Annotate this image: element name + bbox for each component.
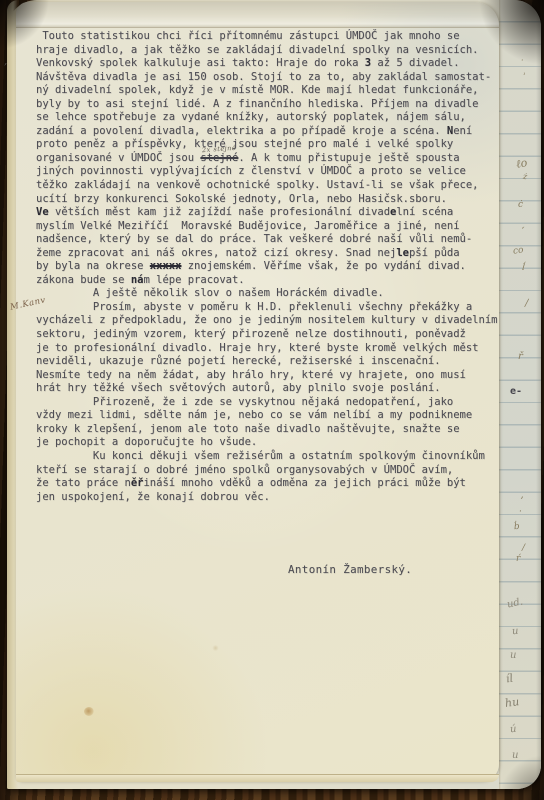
typed-line: těžko zakládají na venkově ochotnické sp… — [36, 179, 522, 193]
typed-line: Návštěva divadla je asi 150 osob. Stojí … — [36, 71, 522, 85]
scanned-photo: Touto statistikou chci říci přítomnému z… — [0, 0, 544, 800]
typed-line: Touto statistikou chci říci přítomnému z… — [36, 30, 522, 44]
typed-line: jen uspokojení, že konají dobrou věc. — [36, 491, 522, 505]
typed-line: byly by to asi stejní lidé. A z finanční… — [36, 98, 522, 112]
typed-line: A ještě několik slov o našem Horáckém di… — [36, 287, 522, 301]
typed-line: Přirozeně, že i zde se vyskytnou nějaká … — [36, 396, 522, 410]
typed-line: žeme zpracovat ani náš okres, natož cizí… — [36, 247, 522, 261]
typed-line: kroky k zlepšení, jenom ale toto naše di… — [36, 423, 522, 437]
paper-stain — [212, 645, 219, 651]
typed-line: že tato práce něřináší mnoho vděků a odm… — [36, 477, 522, 491]
typed-line: je pochopit a doporučujte ho všude. — [36, 436, 522, 450]
typed-sheet: Touto statistikou chci říci přítomnému z… — [16, 2, 499, 782]
typed-line: myslím Velké Meziříčí Moravské Budějovic… — [36, 220, 522, 234]
typed-line: zákona bude se nám lépe pracovat. — [36, 274, 522, 288]
typed-line: kteří se starají o dobré jméno spolků or… — [36, 464, 522, 478]
typed-line: ný divadelní spolek, když je v místě MOR… — [36, 84, 522, 98]
sheet-bottom-edge — [16, 774, 499, 782]
typed-line: vycházeli z předpokladu, že ono je jedin… — [36, 314, 522, 328]
typed-line: vždy mezi lidmi, sdělte nám je, nebo co … — [36, 409, 522, 423]
paper-stain — [84, 707, 94, 716]
typed-line: Venkovský spolek kalkuluje asi takto: Hr… — [36, 57, 522, 71]
typed-line: Ve větších měst kam již zajíždí naše pro… — [36, 206, 522, 220]
typed-line: je to profesionální divadlo. Hraje hry, … — [36, 342, 522, 356]
notebook-page: Touto statistikou chci říci přítomnému z… — [7, 0, 541, 789]
typed-line: ucítí brzy konkurenci Sokolské jednoty, … — [36, 193, 522, 207]
signature: Antonín Žamberský. — [288, 563, 412, 576]
typed-text: Touto statistikou chci říci přítomnému z… — [36, 30, 522, 504]
typed-line: organisované v ÚMDOČ jsou stejné. A k to… — [36, 152, 522, 166]
typed-line: sektoru, jediným vzorem, který přirozeně… — [36, 328, 522, 342]
typed-line: neviděli, ukazuje různé pojetí herecké, … — [36, 355, 522, 369]
typed-line: zadání a povolení divadla, elektrika a p… — [36, 125, 522, 139]
typed-line: hrát hry těžké všech světových autorů, a… — [36, 382, 522, 396]
typed-line: by byla na okrese xxxxx znojemském. Věří… — [36, 260, 522, 274]
typed-line: nadšence, který by se dal do práce. Tak … — [36, 233, 522, 247]
typed-line: Nesmíte tedy na něm žádat, aby hrálo hry… — [36, 369, 522, 383]
typed-line: Ku konci děkuji všem režisérům a ostatní… — [36, 450, 522, 464]
typed-line: se lehce spotřebuje za vydané knížky, au… — [36, 111, 522, 125]
typed-line: proto peněz a příspěvky, které jsou stej… — [36, 138, 522, 152]
caret-mark: ’ — [284, 227, 289, 237]
typed-line: Prosím, abyste v poměru k H.D. překlenul… — [36, 301, 522, 315]
typed-line: hraje divadlo, a jak těžko se zakládají … — [36, 44, 522, 58]
typed-line: jiných povinnosti vyplývajících z členst… — [36, 165, 522, 179]
fold-crease — [16, 2, 499, 28]
